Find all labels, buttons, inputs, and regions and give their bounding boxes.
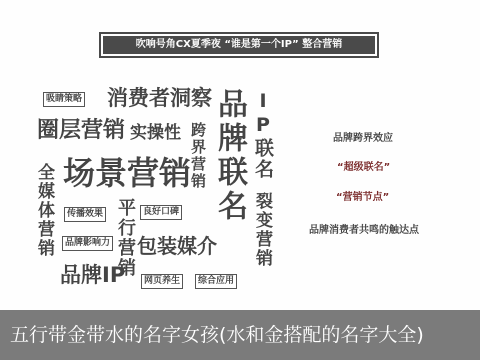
note-line-2: “超级联名” (337, 158, 390, 173)
note-line-3: “营销节点” (336, 188, 389, 203)
caption-text: 五行带金带水的名字女孩(水和金搭配的名字大全) (10, 324, 424, 346)
tag-web-life: 网页养生 (141, 274, 183, 289)
word-circle-marketing: 圈层营销 (37, 120, 125, 142)
poster-image: 吹响号角CX夏季夜 “谁是第一个IP” 整合营销 吸睛策略 消费者洞察 圈层营销… (0, 0, 480, 310)
word-brand-ip: 品牌IP (60, 265, 125, 286)
word-scene-marketing: 场景营销 (63, 157, 191, 189)
word-brand-co: 品牌联名 (214, 88, 244, 263)
word-cross-border: 跨界营销 (190, 122, 205, 232)
banner-title: 吹响号角CX夏季夜 “谁是第一个IP” 整合营销 (101, 34, 377, 56)
word-fission: 裂变营销 (253, 192, 270, 292)
note-line-4: 品牌消费者共鸣的触达点 (309, 221, 419, 236)
tag-word-of-mouth: 良好口碑 (140, 205, 182, 220)
note-line-3-text: “营销节点” (336, 192, 389, 203)
word-packaging: 包装媒介 (137, 236, 217, 256)
word-omni-media: 全媒体营销 (35, 163, 52, 293)
tag-integrated: 综合应用 (195, 274, 237, 289)
tag-attention: 吸睛策略 (43, 92, 85, 107)
tag-effect: 传播效果 (64, 207, 106, 222)
caption-bar: 五行带金带水的名字女孩(水和金搭配的名字大全) (0, 310, 480, 360)
banner-frame: 吹响号角CX夏季夜 “谁是第一个IP” 整合营销 (99, 32, 379, 58)
note-line-1: 品牌跨界效应 (333, 129, 393, 144)
word-ip-co: IP联名 (253, 90, 272, 180)
note-line-2-text: “超级联名” (337, 162, 390, 173)
word-consumer-insight: 消费者洞察 (107, 88, 212, 109)
tag-influence: 品牌影响力 (62, 236, 113, 251)
word-practicality: 实操性 (130, 125, 181, 142)
